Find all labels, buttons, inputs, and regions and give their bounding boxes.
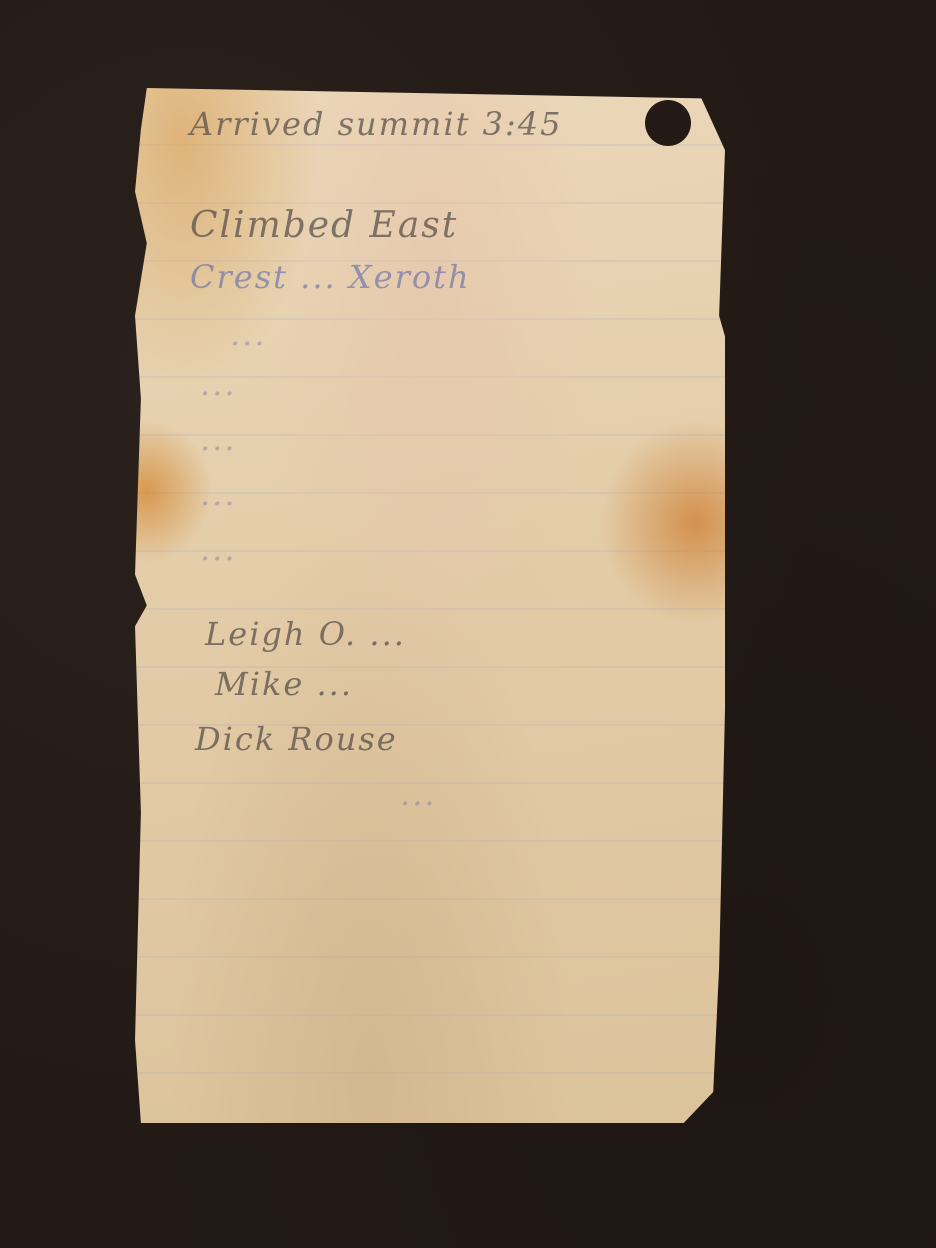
note-line-2: Climbed East (190, 205, 458, 246)
note-line-8: ... (200, 530, 237, 568)
note-line-11: Dick Rouse (195, 720, 398, 758)
note-line-12: ... (400, 775, 437, 813)
note-line-3: Crest ... Xeroth (190, 258, 471, 296)
note-line-10: Mike ... (215, 665, 353, 703)
note-line-5: ... (200, 365, 237, 403)
note-line-6: ... (200, 420, 237, 458)
note-line-9: Leigh O. ... (205, 615, 406, 653)
note-line-7: ... (200, 475, 237, 513)
note-line-1: Arrived summit 3:45 (190, 105, 562, 143)
punched-hole (645, 100, 691, 146)
note-line-4: ... (230, 315, 267, 353)
